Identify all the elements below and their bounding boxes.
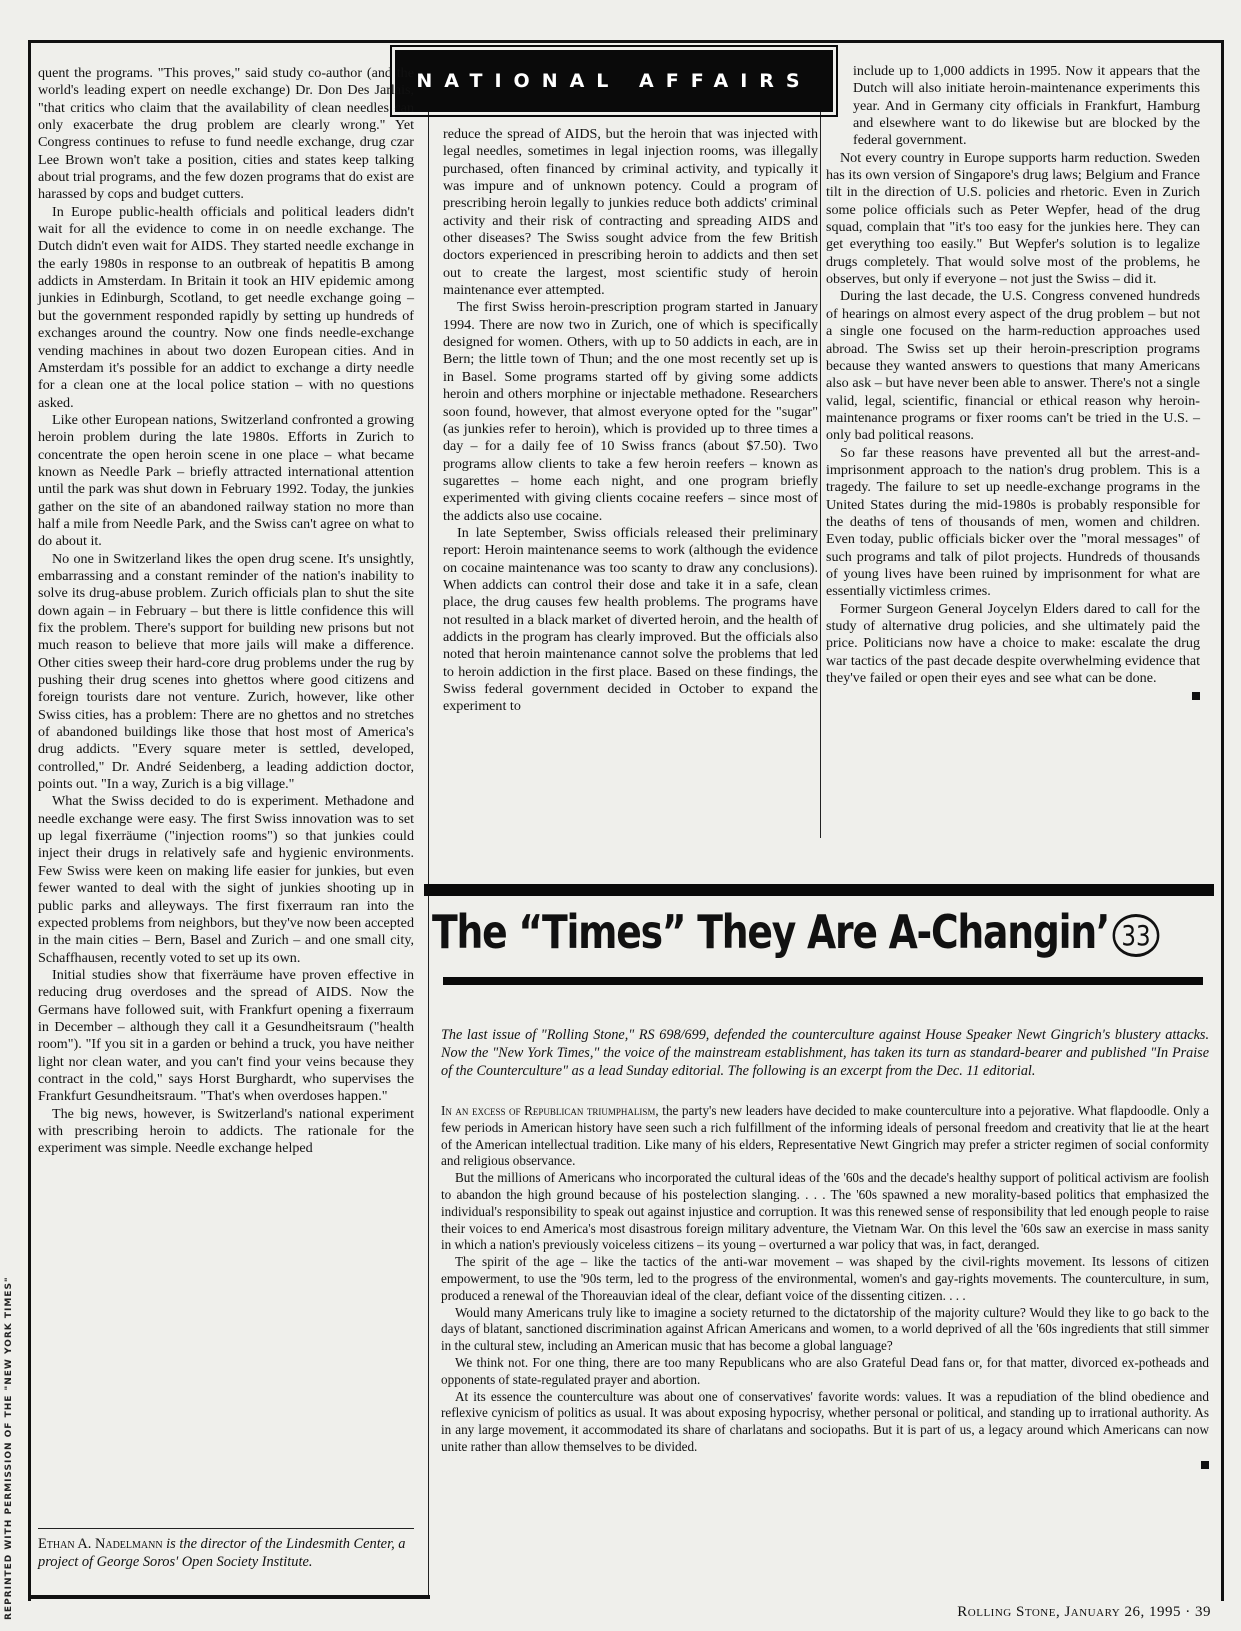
- column-divider: [820, 108, 821, 838]
- paragraph: The first Swiss heroin-prescription prog…: [443, 299, 818, 524]
- lead-in: In an excess of Republican triumphalism,: [441, 1103, 659, 1118]
- sidebar-headline-rule: [443, 977, 1203, 985]
- author-name: Ethan A. Nadelmann: [38, 1536, 163, 1552]
- sidebar-editorial: In an excess of Republican triumphalism,…: [441, 1103, 1209, 1469]
- article-column-2: reduce the spread of AIDS, but the heroi…: [443, 126, 818, 716]
- paragraph: include up to 1,000 addicts in 1995. Now…: [853, 63, 1200, 150]
- paragraph: So far these reasons have prevented all …: [826, 445, 1200, 601]
- paragraph: But the millions of Americans who incorp…: [441, 1170, 1209, 1254]
- paragraph: Initial studies show that fixerräume hav…: [38, 967, 414, 1106]
- headline-text: The “Times” They Are A-Changin’: [432, 905, 1109, 959]
- column-divider: [428, 928, 429, 1598]
- sidebar-top-rule: [424, 884, 1214, 896]
- article-column-3: include up to 1,000 addicts in 1995. Now…: [826, 63, 1200, 700]
- paragraph: What the Swiss decided to do is experime…: [38, 793, 414, 966]
- bio-rule: [28, 1595, 430, 1599]
- paragraph: No one in Switzerland likes the open dru…: [38, 551, 414, 794]
- paragraph: The spirit of the age – like the tactics…: [441, 1254, 1209, 1304]
- paragraph: During the last decade, the U.S. Congres…: [826, 288, 1200, 444]
- paragraph: We think not. For one thing, there are t…: [441, 1355, 1209, 1389]
- paragraph: reduce the spread of AIDS, but the heroi…: [443, 126, 818, 299]
- author-bio: Ethan A. Nadelmann is the director of th…: [38, 1528, 414, 1571]
- paragraph: Not every country in Europe supports har…: [826, 150, 1200, 289]
- paragraph: In Europe public-health officials and po…: [38, 204, 414, 412]
- section-label: NATIONAL AFFAIRS: [395, 50, 833, 112]
- end-mark-icon: [1192, 692, 1200, 700]
- paragraph: In late September, Swiss officials relea…: [443, 525, 818, 716]
- article-column-1: quent the programs. "This proves," said …: [38, 65, 414, 1158]
- paragraph: Would many Americans truly like to imagi…: [441, 1305, 1209, 1355]
- end-mark-icon: [1201, 1461, 1209, 1469]
- paragraph: The big news, however, is Switzerland's …: [38, 1106, 414, 1158]
- paragraph: quent the programs. "This proves," said …: [38, 65, 414, 204]
- paragraph: Like other European nations, Switzerland…: [38, 412, 414, 551]
- column-divider: [428, 108, 429, 928]
- paragraph: At its essence the counterculture was ab…: [441, 1389, 1209, 1456]
- paragraph: Former Surgeon General Joycelyn Elders d…: [826, 601, 1200, 688]
- paragraph: In an excess of Republican triumphalism,…: [441, 1103, 1209, 1170]
- sidebar-headline: The “Times” They Are A-Changin’33: [432, 905, 1072, 959]
- sidebar-intro: The last issue of "Rolling Stone," RS 69…: [441, 1026, 1209, 1080]
- page-folio: Rolling Stone, January 26, 1995 · 39: [957, 1604, 1211, 1621]
- headline-number-badge: 33: [1112, 914, 1159, 957]
- reprint-credit: REPRINTED WITH PERMISSION OF THE "NEW YO…: [4, 1276, 14, 1620]
